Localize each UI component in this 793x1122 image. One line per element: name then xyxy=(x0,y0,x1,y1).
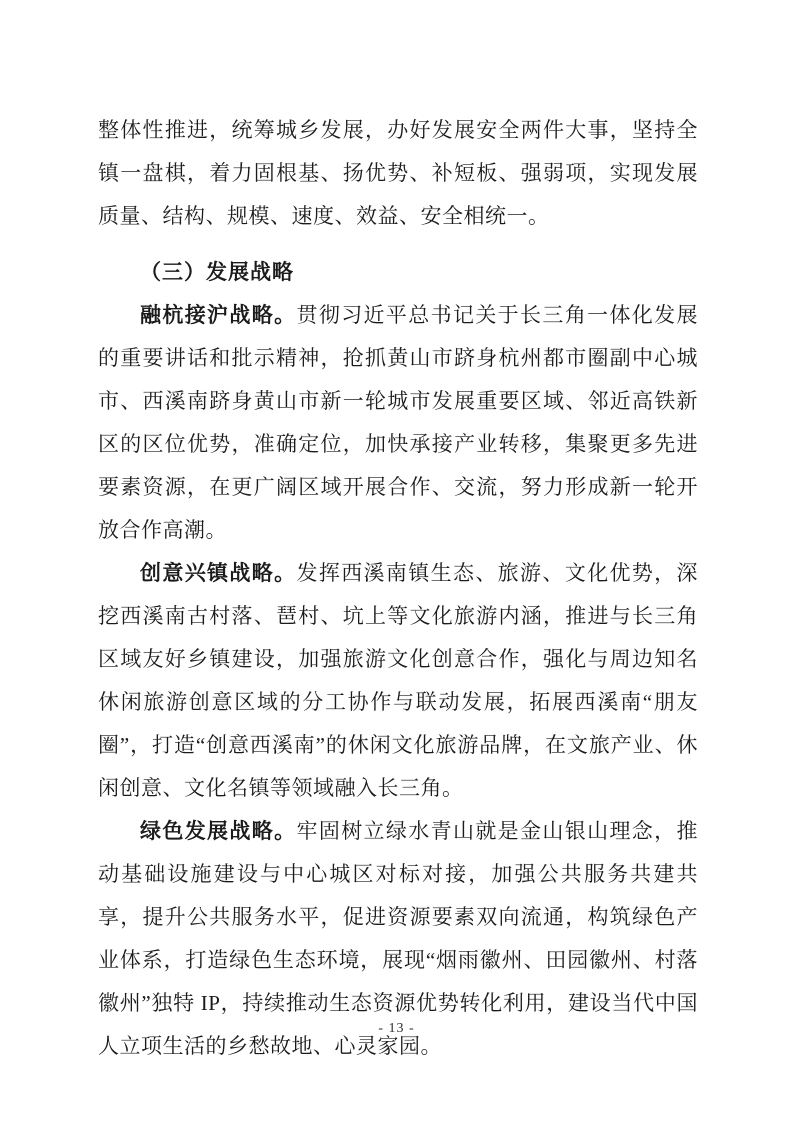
paragraph-text: 发挥西溪南镇生态、旅游、文化优势，深挖西溪南古村落、琶村、坑上等文化旅游内涵，推… xyxy=(98,561,698,800)
paragraph-text: 贯彻习近平总书记关于长三角一体化发展的重要讲话和批示精神，抢抓黄山市跻身杭州都市… xyxy=(98,303,698,542)
strategy-lead: 融杭接沪战略。 xyxy=(140,303,296,327)
paragraph-continuation: 整体性推进，统筹城乡发展，办好发展安全两件大事，坚持全镇一盘棋，着力固根基、扬优… xyxy=(98,109,698,238)
strategy-lead: 绿色发展战略。 xyxy=(140,819,296,843)
paragraph-strategy-ronghang: 融杭接沪战略。贯彻习近平总书记关于长三角一体化发展的重要讲话和批示精神，抢抓黄山… xyxy=(98,294,698,552)
paragraph-strategy-chuangyi: 创意兴镇战略。发挥西溪南镇生态、旅游、文化优势，深挖西溪南古村落、琶村、坑上等文… xyxy=(98,552,698,810)
document-page: 整体性推进，统筹城乡发展，办好发展安全两件大事，坚持全镇一盘棋，着力固根基、扬优… xyxy=(98,109,698,1068)
strategy-lead: 创意兴镇战略。 xyxy=(140,561,296,585)
section-heading: （三）发展战略 xyxy=(98,251,698,294)
paragraph-text: 整体性推进，统筹城乡发展，办好发展安全两件大事，坚持全镇一盘棋，着力固根基、扬优… xyxy=(98,118,698,228)
page-number: - 13 - xyxy=(0,1019,793,1039)
